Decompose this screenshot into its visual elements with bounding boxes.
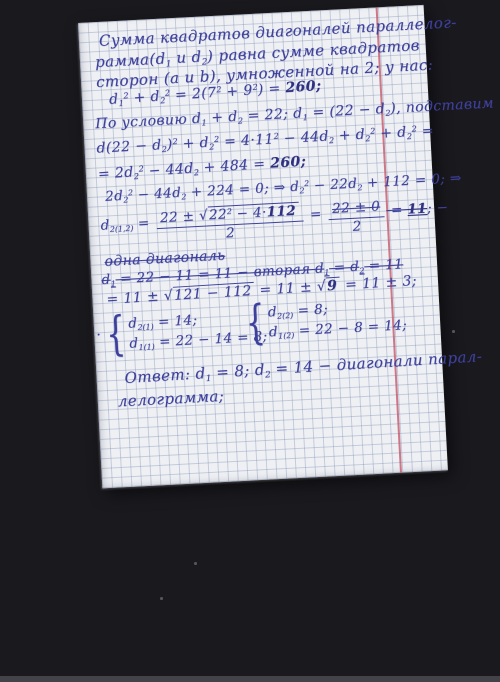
text-segment: d — [184, 161, 194, 178]
text-segment: − 44 — [133, 185, 173, 203]
sqrt-expression: 9 — [316, 277, 340, 295]
text-segment: = 11 — [364, 256, 404, 274]
text-segment: d — [355, 127, 365, 143]
handwriting-line: лелограмма; — [117, 388, 224, 410]
text-segment: 1(1) — [138, 342, 155, 352]
text-segment: d — [350, 259, 360, 275]
text-segment: 2(1,2) — [110, 224, 134, 234]
text-segment: рамма( — [95, 50, 156, 71]
equation-system: {d2(1) = 14;d1(1) = 22 − 14 = 8; — [105, 310, 267, 354]
text-segment: + — [375, 125, 398, 142]
text-segment: 9 — [327, 278, 338, 295]
handwriting-line: Ответ: d1 = 8; d2 = 14 − диагонали парал… — [124, 348, 483, 390]
text-segment: = — [305, 206, 327, 223]
text-segment: 2(1) — [137, 322, 154, 332]
sqrt-expression: 222 − 4·112 — [199, 202, 300, 224]
text-segment: d — [195, 364, 206, 383]
text-segment: и — [171, 48, 192, 67]
text-segment: = 2(7 — [170, 85, 217, 104]
text-segment: 260; — [285, 78, 322, 96]
dust-speck — [452, 330, 455, 333]
text-segment: d — [228, 109, 238, 125]
text-segment: (22 − — [106, 138, 153, 156]
fraction: 22 ± 02 — [328, 200, 386, 237]
text-segment: d — [150, 89, 160, 106]
scan-background: Сумма квадратов диагоналей параллелог-ра… — [0, 0, 500, 682]
system-row: d1(2) = 22 − 8 = 14; — [269, 318, 408, 342]
text-segment: = 22 − 8 = 14; — [294, 317, 408, 339]
text-segment: лелограмма; — [117, 387, 224, 411]
text-segment: d — [124, 164, 134, 181]
handwriting-layer: Сумма квадратов диагоналей параллелог-ра… — [78, 5, 448, 488]
text-segment: = — [133, 215, 155, 232]
text-segment: = 2 — [97, 165, 124, 183]
text-segment: d — [267, 304, 277, 320]
text-segment: d — [191, 48, 202, 66]
text-segment: + — [333, 127, 356, 144]
text-segment: + — [128, 89, 151, 106]
text-segment: d — [199, 135, 209, 151]
text-segment: + 9 — [221, 82, 253, 100]
text-segment: + — [177, 135, 200, 152]
text-segment: = 11 ± — [106, 288, 164, 307]
text-segment: 11 — [407, 201, 427, 218]
scanner-edge — [0, 676, 500, 682]
text-segment: 2 — [352, 218, 362, 234]
text-segment: d — [315, 260, 325, 276]
text-segment: = 4·11 — [219, 131, 274, 150]
text-segment: По условию — [95, 111, 192, 132]
text-segment: = 22; — [242, 106, 293, 125]
text-segment: − 44 — [143, 161, 184, 180]
text-segment: 112 — [266, 203, 296, 221]
text-segment: 22 ± — [160, 208, 200, 226]
text-segment: 2(2) — [277, 311, 294, 321]
text-segment: d — [100, 217, 110, 233]
text-segment: 22 ± 0 — [332, 199, 381, 217]
text-segment: 260; — [270, 154, 307, 172]
text-segment: 1(2) — [278, 330, 295, 340]
brace: { — [105, 312, 127, 359]
text-segment: ; − — [427, 200, 449, 217]
text-segment: = 14 − диагонали парал- — [270, 347, 483, 378]
text-segment: 2 — [226, 225, 236, 241]
text-segment: − 4· — [232, 205, 268, 223]
text-segment: d — [192, 111, 202, 127]
text-segment: Ответ: — [124, 365, 196, 387]
text-segment: = — [329, 259, 351, 276]
dust-speck — [160, 597, 163, 600]
system-rows: d2(2) = 8;d1(2) = 22 − 8 = 14; — [268, 298, 408, 341]
text-segment: − 44 — [279, 129, 320, 147]
text-segment: = — [416, 123, 434, 140]
scanned-notebook-page: Сумма квадратов диагоналей параллелог-ра… — [78, 5, 448, 488]
text-segment: = 8; — [210, 361, 255, 382]
text-segment: d — [269, 323, 279, 339]
text-segment: = 11 ± 3; — [340, 273, 418, 294]
text-segment: 121 − 112 — [174, 283, 253, 304]
text-segment: d — [128, 315, 138, 331]
text-segment: + 112 = 0; ⇒ — [362, 170, 462, 191]
text-segment: d — [114, 188, 124, 204]
text-segment: d — [152, 137, 162, 153]
text-segment: = (22 − — [307, 102, 376, 122]
text-segment: + — [206, 109, 229, 126]
text-segment: + 484 = — [198, 156, 270, 176]
text-segment: 22 — [209, 207, 228, 224]
text-segment: ), подставим — [390, 95, 494, 116]
text-segment: · — [96, 327, 102, 343]
dust-speck — [194, 562, 197, 565]
text-segment: − 22 — [309, 176, 349, 194]
handwriting-line: · — [96, 328, 102, 344]
text-segment: d — [101, 272, 111, 288]
text-segment: = 14; — [153, 312, 198, 330]
text-segment: = — [386, 202, 408, 219]
text-segment: + 224 = 0; ⇒ — [186, 179, 291, 200]
text-segment: ) = — [257, 80, 286, 98]
fraction: 22 ± 222 − 4·1122 — [156, 203, 305, 245]
brace: { — [245, 300, 267, 347]
text-segment: d — [129, 335, 139, 351]
equation-system: {d2(2) = 8;d1(2) = 22 − 8 = 14; — [245, 298, 407, 342]
text-segment: d — [155, 49, 166, 67]
text-segment: = 8; — [293, 301, 329, 319]
